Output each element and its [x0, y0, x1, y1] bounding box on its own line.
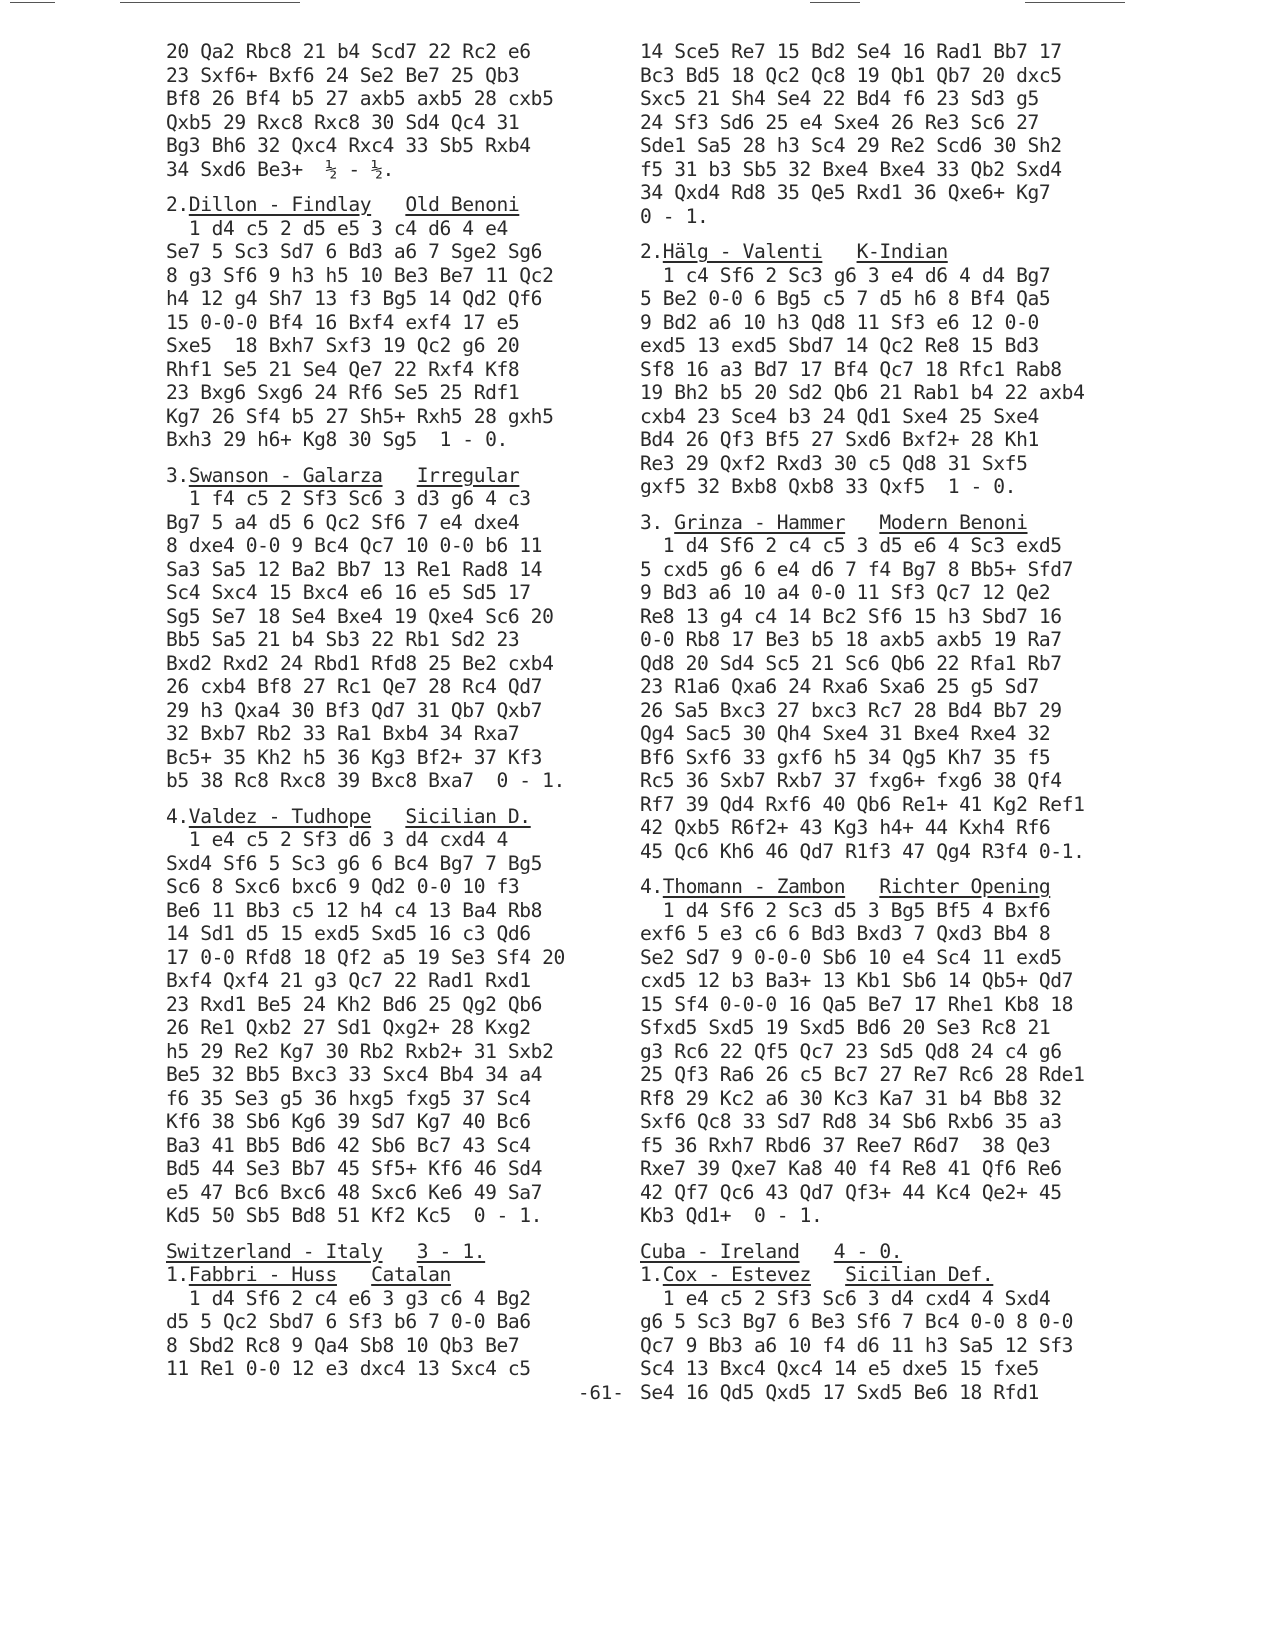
match-score: 3 - 1.	[417, 1240, 485, 1263]
move-line: 14 Sce5 Re7 15 Bd2 Se4 16 Rad1 Bb7 17	[640, 40, 1140, 64]
spacer	[640, 228, 1140, 240]
move-line: 23 Bxg6 Sxg6 24 Rf6 Se5 25 Rdf1	[166, 381, 626, 405]
move-line: Sc4 13 Bxc4 Qxc4 14 e5 dxe5 15 fxe5	[640, 1357, 1140, 1381]
move-line: d5 5 Qc2 Sbd7 6 Sf3 b6 7 0-0 Ba6	[166, 1310, 626, 1334]
move-line: 1 d4 Sf6 2 c4 c5 3 d5 e6 4 Sc3 exd5	[640, 534, 1140, 558]
spacer	[640, 863, 1140, 875]
game-header: 2.Hälg - Valenti K-Indian	[640, 240, 1140, 264]
move-line: 42 Qxb5 R6f2+ 43 Kg3 h4+ 44 Kxh4 Rf6	[640, 816, 1140, 840]
spacer	[166, 1228, 626, 1240]
game-header: 1.Cox - Estevez Sicilian Def.	[640, 1263, 1140, 1287]
move-line: 32 Bxb7 Rb2 33 Ra1 Bxb4 34 Rxa7	[166, 722, 626, 746]
move-line: 29 h3 Qxa4 30 Bf3 Qd7 31 Qb7 Qxb7	[166, 699, 626, 723]
game-players: Swanson - Galarza	[189, 464, 383, 487]
match-header: Cuba - Ireland 4 - 0.	[640, 1240, 1140, 1264]
move-line: 17 0-0 Rfd8 18 Qf2 a5 19 Se3 Sf4 20	[166, 946, 626, 970]
move-line: 8 dxe4 0-0 9 Bc4 Qc7 10 0-0 b6 11	[166, 534, 626, 558]
move-line: f5 31 b3 Sb5 32 Bxe4 Bxe4 33 Qb2 Sxd4	[640, 158, 1140, 182]
move-line: 1 c4 Sf6 2 Sc3 g6 3 e4 d6 4 d4 Bg7	[640, 264, 1140, 288]
game-number: 3.	[166, 464, 189, 487]
move-line: Se4 16 Qd5 Qxd5 17 Sxd5 Be6 18 Rfd1	[640, 1381, 1140, 1405]
game-header: 1.Fabbri - Huss Catalan	[166, 1263, 626, 1287]
game-players: Fabbri - Huss	[189, 1263, 337, 1286]
move-line: Sxe5 18 Bxh7 Sxf3 19 Qc2 g6 20	[166, 334, 626, 358]
move-line: Bg7 5 a4 d5 6 Qc2 Sf6 7 e4 dxe4	[166, 511, 626, 535]
game-players: Valdez - Tudhope	[189, 805, 371, 828]
game-header: 3. Grinza - Hammer Modern Benoni	[640, 511, 1140, 535]
game-players: Cox - Estevez	[663, 1263, 811, 1286]
page-number: -61-	[578, 1382, 624, 1404]
spacer	[166, 181, 626, 193]
move-line: Qg4 Sac5 30 Qh4 Sxe4 31 Bxe4 Rxe4 32	[640, 722, 1140, 746]
move-line: 1 f4 c5 2 Sf3 Sc6 3 d3 g6 4 c3	[166, 487, 626, 511]
spacer	[166, 452, 626, 464]
move-line: 9 Bd2 a6 10 h3 Qd8 11 Sf3 e6 12 0-0	[640, 311, 1140, 335]
game-players: Grinza - Hammer	[674, 511, 845, 534]
move-line: 0-0 Rb8 17 Be3 b5 18 axb5 axb5 19 Ra7	[640, 628, 1140, 652]
move-line: h4 12 g4 Sh7 13 f3 Bg5 14 Qd2 Qf6	[166, 287, 626, 311]
move-line: cxb4 23 Sce4 b3 24 Qd1 Sxe4 25 Sxe4	[640, 405, 1140, 429]
move-line: 8 Sbd2 Rc8 9 Qa4 Sb8 10 Qb3 Be7	[166, 1334, 626, 1358]
move-line: 34 Sxd6 Be3+ ½ - ½.	[166, 158, 626, 182]
move-line: Sxf6 Qc8 33 Sd7 Rd8 34 Sb6 Rxb6 35 a3	[640, 1110, 1140, 1134]
move-line: Kb3 Qd1+ 0 - 1.	[640, 1204, 1140, 1228]
move-line: 8 g3 Sf6 9 h3 h5 10 Be3 Be7 11 Qc2	[166, 264, 626, 288]
move-line: Ba3 41 Bb5 Bd6 42 Sb6 Bc7 43 Sc4	[166, 1134, 626, 1158]
move-line: g6 5 Sc3 Bg7 6 Be3 Sf6 7 Bc4 0-0 8 0-0	[640, 1310, 1140, 1334]
move-line: Qxb5 29 Rxc8 Rxc8 30 Sd4 Qc4 31	[166, 111, 626, 135]
move-line: Rf8 29 Kc2 a6 30 Kc3 Ka7 31 b4 Bb8 32	[640, 1087, 1140, 1111]
move-line: Sc6 8 Sxc6 bxc6 9 Qd2 0-0 10 f3	[166, 875, 626, 899]
move-line: 1 d4 Sf6 2 Sc3 d5 3 Bg5 Bf5 4 Bxf6	[640, 899, 1140, 923]
game-opening: K-Indian	[857, 240, 948, 263]
move-line: 23 Rxd1 Be5 24 Kh2 Bd6 25 Qg2 Qb6	[166, 993, 626, 1017]
move-line: 11 Re1 0-0 12 e3 dxc4 13 Sxc4 c5	[166, 1357, 626, 1381]
move-line: f6 35 Se3 g5 36 hxg5 fxg5 37 Sc4	[166, 1087, 626, 1111]
game-opening: Catalan	[371, 1263, 451, 1286]
left-column: 20 Qa2 Rbc8 21 b4 Scd7 22 Rc2 e623 Sxf6+…	[166, 40, 626, 1381]
move-line: Bxd2 Rxd2 24 Rbd1 Rfd8 25 Be2 cxb4	[166, 652, 626, 676]
game-opening: Irregular	[417, 464, 520, 487]
move-line: Sxd4 Sf6 5 Sc3 g6 6 Bc4 Bg7 7 Bg5	[166, 852, 626, 876]
move-line: Re8 13 g4 c4 14 Bc2 Sf6 15 h3 Sbd7 16	[640, 605, 1140, 629]
scan-artifact-line	[1025, 2, 1125, 3]
move-line: Rhf1 Se5 21 Se4 Qe7 22 Rxf4 Kf8	[166, 358, 626, 382]
move-line: Sfxd5 Sxd5 19 Sxd5 Bd6 20 Se3 Rc8 21	[640, 1016, 1140, 1040]
match-score: 4 - 0.	[834, 1240, 902, 1263]
game-opening: Old Benoni	[405, 193, 519, 216]
spacer	[640, 1228, 1140, 1240]
move-line: 42 Qf7 Qc6 43 Qd7 Qf3+ 44 Kc4 Qe2+ 45	[640, 1181, 1140, 1205]
move-line: 45 Qc6 Kh6 46 Qd7 R1f3 47 Qg4 R3f4 0-1.	[640, 840, 1140, 864]
move-line: 5 cxd5 g6 6 e4 d6 7 f4 Bg7 8 Bb5+ Sfd7	[640, 558, 1140, 582]
move-line: 14 Sd1 d5 15 exd5 Sxd5 16 c3 Qd6	[166, 922, 626, 946]
scan-artifact-line	[10, 2, 55, 3]
game-number: 1.	[166, 1263, 189, 1286]
right-column: 14 Sce5 Re7 15 Bd2 Se4 16 Rad1 Bb7 17Bc3…	[640, 40, 1140, 1404]
move-line: 19 Bh2 b5 20 Sd2 Qb6 21 Rab1 b4 22 axb4	[640, 381, 1140, 405]
game-header: 2.Dillon - Findlay Old Benoni	[166, 193, 626, 217]
move-line: b5 38 Rc8 Rxc8 39 Bxc8 Bxa7 0 - 1.	[166, 769, 626, 793]
move-line: 15 Sf4 0-0-0 16 Qa5 Be7 17 Rhe1 Kb8 18	[640, 993, 1140, 1017]
move-line: 23 Sxf6+ Bxf6 24 Se2 Be7 25 Qb3	[166, 64, 626, 88]
game-players: Dillon - Findlay	[189, 193, 371, 216]
game-number: 4.	[166, 805, 189, 828]
move-line: Rxe7 39 Qxe7 Ka8 40 f4 Re8 41 Qf6 Re6	[640, 1157, 1140, 1181]
move-line: exd5 13 exd5 Sbd7 14 Qc2 Re8 15 Bd3	[640, 334, 1140, 358]
game-number: 1.	[640, 1263, 663, 1286]
match-title: Cuba - Ireland	[640, 1240, 800, 1263]
scan-artifact-line	[120, 2, 300, 3]
move-line: Kd5 50 Sb5 Bd8 51 Kf2 Kc5 0 - 1.	[166, 1204, 626, 1228]
move-line: cxd5 12 b3 Ba3+ 13 Kb1 Sb6 14 Qb5+ Qd7	[640, 969, 1140, 993]
game-number: 2.	[166, 193, 189, 216]
game-number: 3.	[640, 511, 674, 534]
move-line: h5 29 Re2 Kg7 30 Rb2 Rxb2+ 31 Sxb2	[166, 1040, 626, 1064]
move-line: Sf8 16 a3 Bd7 17 Bf4 Qc7 18 Rfc1 Rab8	[640, 358, 1140, 382]
move-line: gxf5 32 Bxb8 Qxb8 33 Qxf5 1 - 0.	[640, 475, 1140, 499]
move-line: Bxf4 Qxf4 21 g3 Qc7 22 Rad1 Rxd1	[166, 969, 626, 993]
game-header: 4.Valdez - Tudhope Sicilian D.	[166, 805, 626, 829]
move-line: 1 e4 c5 2 Sf3 d6 3 d4 cxd4 4	[166, 828, 626, 852]
spacer	[166, 793, 626, 805]
move-line: Bb5 Sa5 21 b4 Sb3 22 Rb1 Sd2 23	[166, 628, 626, 652]
match-header: Switzerland - Italy 3 - 1.	[166, 1240, 626, 1264]
move-line: 20 Qa2 Rbc8 21 b4 Scd7 22 Rc2 e6	[166, 40, 626, 64]
move-line: 24 Sf3 Sd6 25 e4 Sxe4 26 Re3 Sc6 27	[640, 111, 1140, 135]
match-title: Switzerland - Italy	[166, 1240, 383, 1263]
move-line: 1 d4 Sf6 2 c4 e6 3 g3 c6 4 Bg2	[166, 1287, 626, 1311]
move-line: Rc5 36 Sxb7 Rxb7 37 fxg6+ fxg6 38 Qf4	[640, 769, 1140, 793]
move-line: Bc5+ 35 Kh2 h5 36 Kg3 Bf2+ 37 Kf3	[166, 746, 626, 770]
move-line: Sde1 Sa5 28 h3 Sc4 29 Re2 Scd6 30 Sh2	[640, 134, 1140, 158]
move-line: Rf7 39 Qd4 Rxf6 40 Qb6 Re1+ 41 Kg2 Ref1	[640, 793, 1140, 817]
move-line: Sc4 Sxc4 15 Bxc4 e6 16 e5 Sd5 17	[166, 581, 626, 605]
game-number: 2.	[640, 240, 663, 263]
move-line: 23 R1a6 Qxa6 24 Rxa6 Sxa6 25 g5 Sd7	[640, 675, 1140, 699]
game-header: 3.Swanson - Galarza Irregular	[166, 464, 626, 488]
move-line: Kg7 26 Sf4 b5 27 Sh5+ Rxh5 28 gxh5	[166, 405, 626, 429]
game-players: Hälg - Valenti	[663, 240, 823, 263]
move-line: 34 Qxd4 Rd8 35 Qe5 Rxd1 36 Qxe6+ Kg7	[640, 181, 1140, 205]
game-number: 4.	[640, 875, 663, 898]
move-line: Bf6 Sxf6 33 gxf6 h5 34 Qg5 Kh7 35 f5	[640, 746, 1140, 770]
game-players: Thomann - Zambon	[663, 875, 845, 898]
move-line: 0 - 1.	[640, 205, 1140, 229]
move-line: Sg5 Se7 18 Se4 Bxe4 19 Qxe4 Sc6 20	[166, 605, 626, 629]
move-line: 5 Be2 0-0 6 Bg5 c5 7 d5 h6 8 Bf4 Qa5	[640, 287, 1140, 311]
move-line: Qc7 9 Bb3 a6 10 f4 d6 11 h3 Sa5 12 Sf3	[640, 1334, 1140, 1358]
move-line: 25 Qf3 Ra6 26 c5 Bc7 27 Re7 Rc6 28 Rde1	[640, 1063, 1140, 1087]
move-line: Bd5 44 Se3 Bb7 45 Sf5+ Kf6 46 Sd4	[166, 1157, 626, 1181]
game-opening: Sicilian Def.	[845, 1263, 993, 1286]
move-line: Bg3 Bh6 32 Qxc4 Rxc4 33 Sb5 Rxb4	[166, 134, 626, 158]
move-line: Be5 32 Bb5 Bxc3 33 Sxc4 Bb4 34 a4	[166, 1063, 626, 1087]
game-opening: Sicilian D.	[405, 805, 530, 828]
spacer	[640, 499, 1140, 511]
game-header: 4.Thomann - Zambon Richter Opening	[640, 875, 1140, 899]
move-line: g3 Rc6 22 Qf5 Qc7 23 Sd5 Qd8 24 c4 g6	[640, 1040, 1140, 1064]
move-line: exf6 5 e3 c6 6 Bd3 Bxd3 7 Qxd3 Bb4 8	[640, 922, 1140, 946]
move-line: Kf6 38 Sb6 Kg6 39 Sd7 Kg7 40 Bc6	[166, 1110, 626, 1134]
move-line: 1 e4 c5 2 Sf3 Sc6 3 d4 cxd4 4 Sxd4	[640, 1287, 1140, 1311]
move-line: Se2 Sd7 9 0-0-0 Sb6 10 e4 Sc4 11 exd5	[640, 946, 1140, 970]
move-line: 15 0-0-0 Bf4 16 Bxf4 exf4 17 e5	[166, 311, 626, 335]
move-line: f5 36 Rxh7 Rbd6 37 Ree7 R6d7 38 Qe3	[640, 1134, 1140, 1158]
move-line: Se7 5 Sc3 Sd7 6 Bd3 a6 7 Sge2 Sg6	[166, 240, 626, 264]
move-line: Be6 11 Bb3 c5 12 h4 c4 13 Ba4 Rb8	[166, 899, 626, 923]
scan-artifact-line	[810, 2, 860, 3]
move-line: 26 Re1 Qxb2 27 Sd1 Qxg2+ 28 Kxg2	[166, 1016, 626, 1040]
move-line: 26 cxb4 Bf8 27 Rc1 Qe7 28 Rc4 Qd7	[166, 675, 626, 699]
move-line: Bxh3 29 h6+ Kg8 30 Sg5 1 - 0.	[166, 428, 626, 452]
move-line: Bd4 26 Qf3 Bf5 27 Sxd6 Bxf2+ 28 Kh1	[640, 428, 1140, 452]
move-line: Qd8 20 Sd4 Sc5 21 Sc6 Qb6 22 Rfa1 Rb7	[640, 652, 1140, 676]
game-opening: Modern Benoni	[879, 511, 1027, 534]
move-line: Bc3 Bd5 18 Qc2 Qc8 19 Qb1 Qb7 20 dxc5	[640, 64, 1140, 88]
move-line: Sa3 Sa5 12 Ba2 Bb7 13 Re1 Rad8 14	[166, 558, 626, 582]
move-line: e5 47 Bc6 Bxc6 48 Sxc6 Ke6 49 Sa7	[166, 1181, 626, 1205]
move-line: Bf8 26 Bf4 b5 27 axb5 axb5 28 cxb5	[166, 87, 626, 111]
move-line: Sxc5 21 Sh4 Se4 22 Bd4 f6 23 Sd3 g5	[640, 87, 1140, 111]
move-line: Re3 29 Qxf2 Rxd3 30 c5 Qd8 31 Sxf5	[640, 452, 1140, 476]
game-opening: Richter Opening	[879, 875, 1050, 898]
move-line: 1 d4 c5 2 d5 e5 3 c4 d6 4 e4	[166, 217, 626, 241]
move-line: 9 Bd3 a6 10 a4 0-0 11 Sf3 Qc7 12 Qe2	[640, 581, 1140, 605]
move-line: 26 Sa5 Bxc3 27 bxc3 Rc7 28 Bd4 Bb7 29	[640, 699, 1140, 723]
